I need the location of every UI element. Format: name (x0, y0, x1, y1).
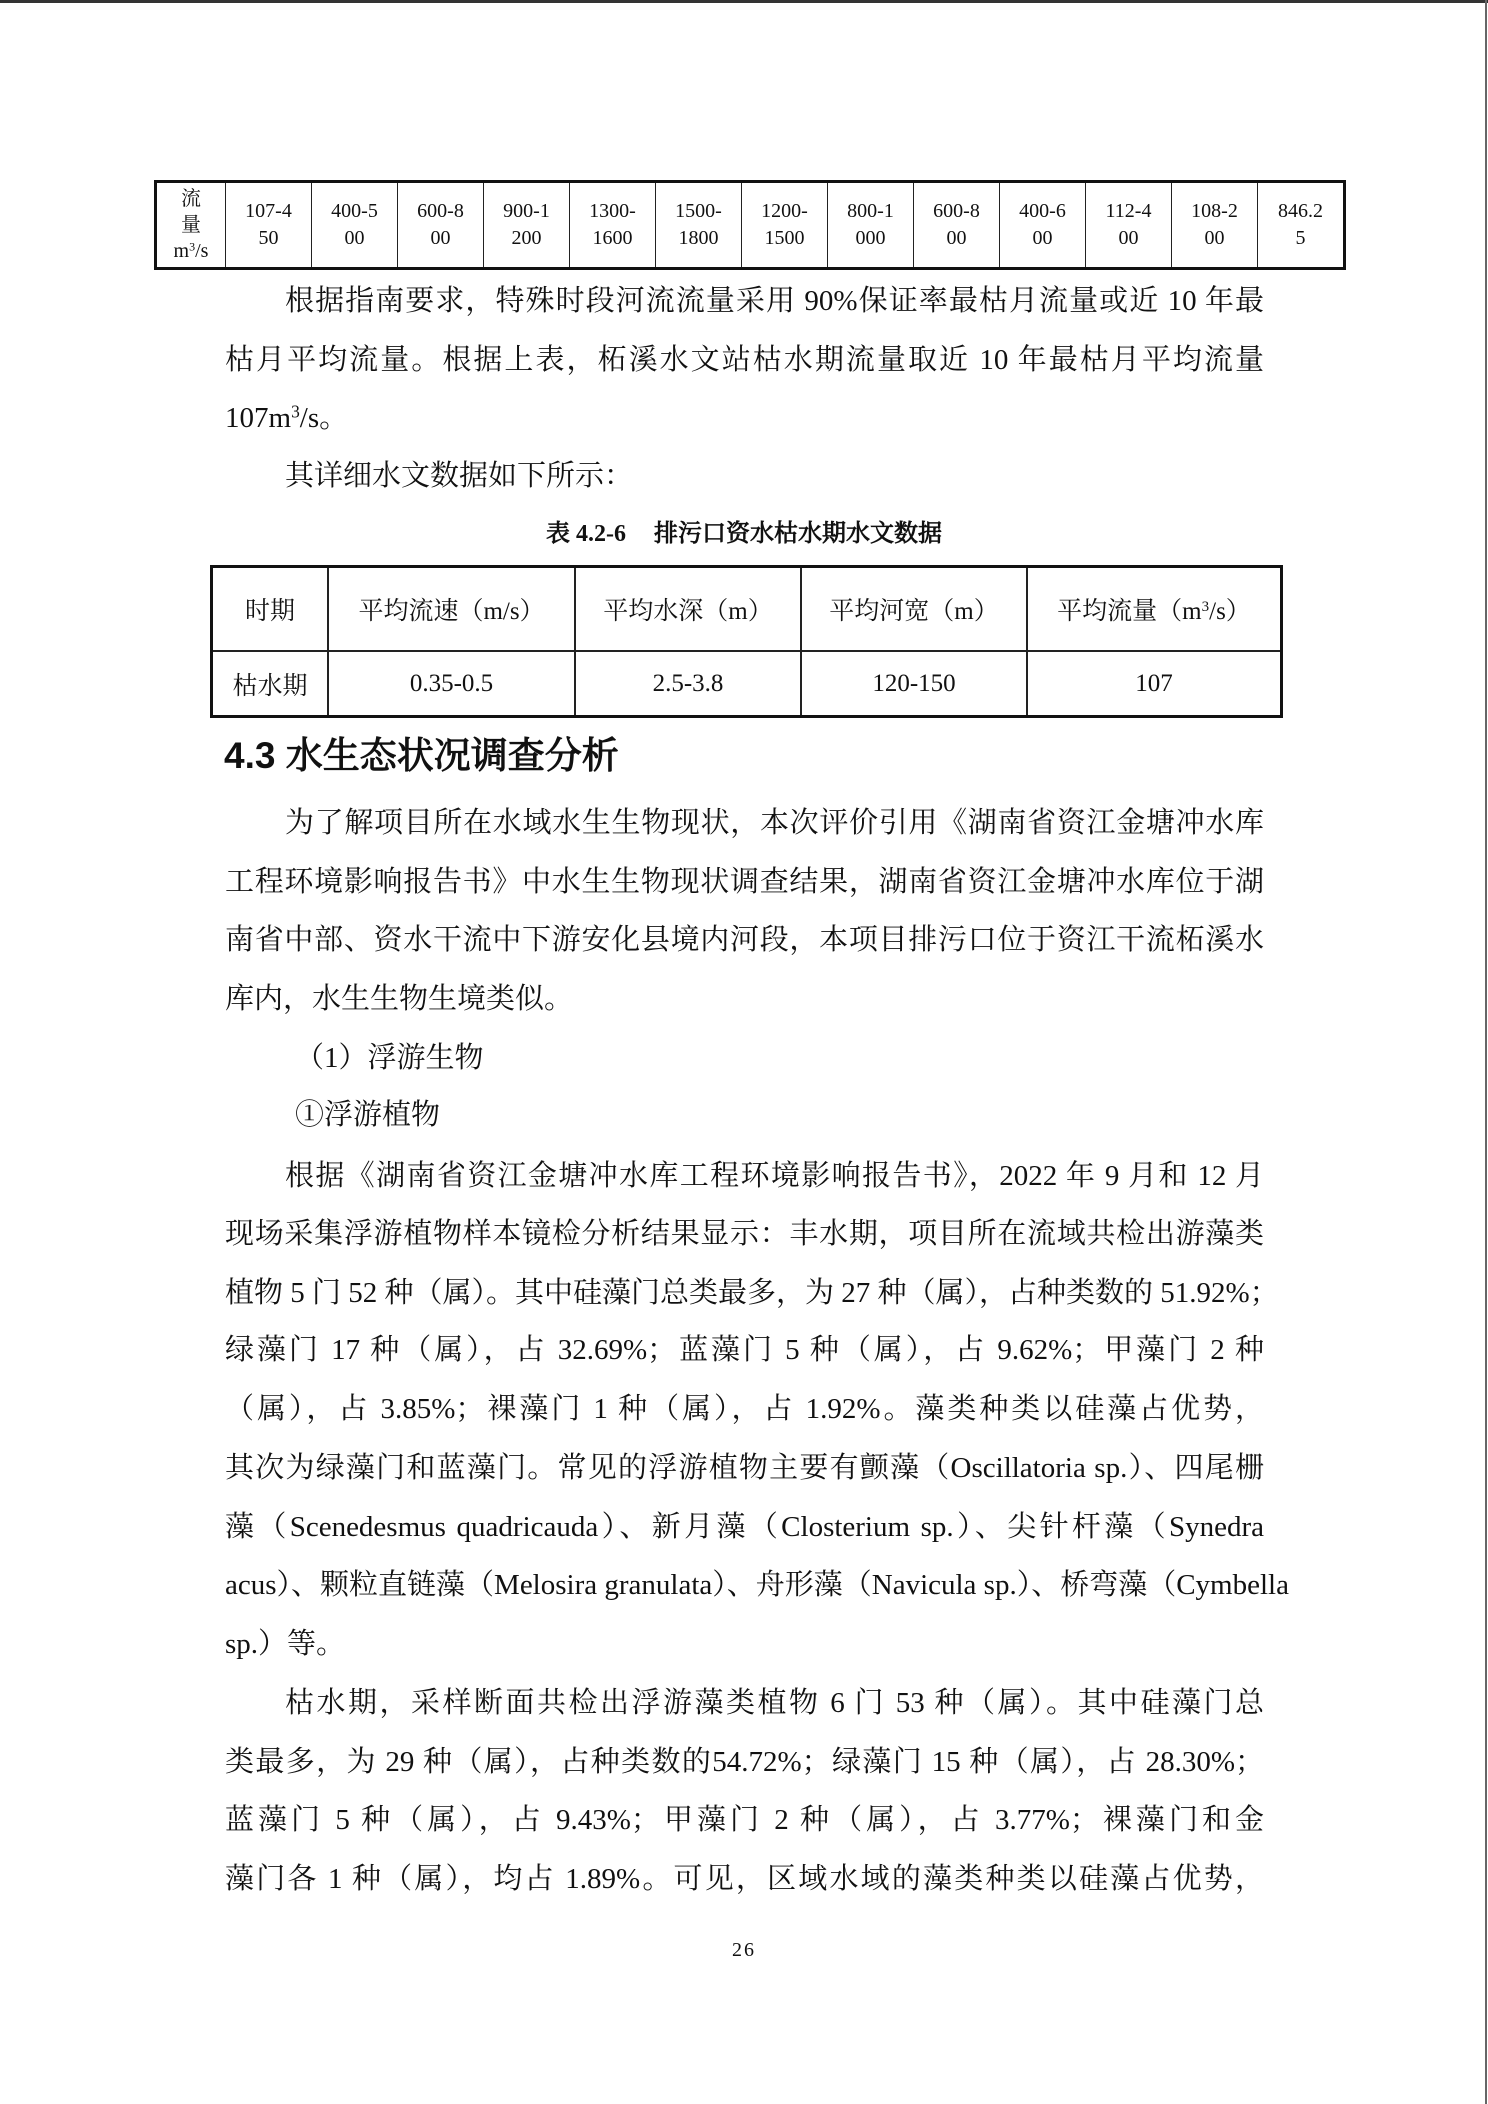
paragraph-line: 工程环境影响报告书》中水生生物现状调查结果，湖南省资江金塘冲水库位于湖 (225, 862, 1264, 902)
paragraph-line: 绿藻门 17 种（属），占 32.69%；蓝藻门 5 种（属），占 9.62%；… (225, 1330, 1264, 1370)
table-cell: 2.5-3.8 (575, 651, 801, 717)
paragraph-line: 库内，水生生物生境类似。 (225, 979, 1264, 1019)
paragraph-line: 植物 5 门 52 种（属）。其中硅藻门总类最多，为 27 种（属），占种类数的… (225, 1273, 1264, 1313)
subheading-phytoplankton: ①浮游植物 (295, 1095, 440, 1135)
flow-cell: 1500-1800 (656, 182, 742, 269)
paragraph-line: 蓝藻门 5 种（属），占 9.43%；甲藻门 2 种（属），占 3.77%；裸藻… (225, 1800, 1264, 1840)
table-header-cell: 平均河宽（m） (801, 567, 1027, 652)
page-right-border (1485, 0, 1487, 2104)
paragraph-line: 南省中部、资水干流中下游安化县境内河段，本项目排污口位于资江干流柘溪水 (225, 920, 1264, 960)
paragraph-line: 根据指南要求，特殊时段河流流量采用 90%保证率最枯月流量或近 10 年最 (285, 281, 1264, 321)
hydrology-table: 时期 平均流速（m/s） 平均水深（m） 平均河宽（m） 平均流量（m3/s） … (210, 565, 1283, 718)
paragraph-line: 枯月平均流量。根据上表，柘溪水文站枯水期流量取近 10 年最枯月平均流量 (225, 340, 1264, 380)
flow-cell: 107-450 (226, 182, 312, 269)
label-unit: m3/s (174, 240, 209, 262)
table-row: 流 量 m3/s 107-450 400-500 600-800 900-120… (156, 182, 1345, 269)
paragraph-line: 为了解项目所在水域水生生物现状，本次评价引用《湖南省资江金塘冲水库 (285, 803, 1264, 843)
paragraph-line: sp.）等。 (225, 1624, 1264, 1664)
flow-cell: 846.25 (1258, 182, 1345, 269)
flow-cell: 1200-1500 (742, 182, 828, 269)
table-header-cell: 平均水深（m） (575, 567, 801, 652)
lead-in-text: 其详细水文数据如下所示： (285, 456, 1264, 496)
table-cell: 0.35-0.5 (328, 651, 575, 717)
table-cell: 107 (1027, 651, 1282, 717)
flow-cell: 112-400 (1086, 182, 1172, 269)
flow-rate-table: 流 量 m3/s 107-450 400-500 600-800 900-120… (154, 180, 1346, 270)
table-caption: 表 4.2-6排污口资水枯水期水文数据 (0, 516, 1488, 552)
flow-cell: 108-200 (1172, 182, 1258, 269)
table-number: 表 4.2-6 (546, 521, 626, 547)
paragraph-line: 根据《湖南省资江金塘冲水库工程环境影响报告书》，2022 年 9 月和 12 月 (285, 1156, 1264, 1196)
table-title: 排污口资水枯水期水文数据 (654, 521, 942, 547)
paragraph-line: （属），占 3.85%；裸藻门 1 种（属），占 1.92%。藻类种类以硅藻占优… (225, 1389, 1264, 1429)
table-header-cell: 平均流速（m/s） (328, 567, 575, 652)
table-cell: 120-150 (801, 651, 1027, 717)
paragraph-line: 类最多，为 29 种（属），占种类数的54.72%；绿藻门 15 种（属），占 … (225, 1742, 1264, 1782)
flow-cell: 400-500 (312, 182, 398, 269)
flow-cell: 600-800 (398, 182, 484, 269)
table-header-cell: 时期 (212, 567, 329, 652)
paragraph-line: 枯水期，采样断面共检出浮游藻类植物 6 门 53 种（属）。其中硅藻门总 (285, 1683, 1264, 1723)
paragraph-line: acus）、颗粒直链藻（Melosira granulata）、舟形藻（Navi… (225, 1565, 1264, 1605)
table-header-row: 时期 平均流速（m/s） 平均水深（m） 平均河宽（m） 平均流量（m3/s） (212, 567, 1282, 652)
label-line: 量 (181, 214, 201, 236)
label-line: 流 (181, 188, 201, 210)
table-cell: 枯水期 (212, 651, 329, 717)
flow-label-cell: 流 量 m3/s (156, 182, 226, 269)
paragraph-line: 现场采集浮游植物样本镜检分析结果显示：丰水期，项目所在流域共检出游藻类 (225, 1214, 1264, 1254)
flow-cell: 900-1200 (484, 182, 570, 269)
paragraph-line: 藻门各 1 种（属），均占 1.89%。可见，区域水域的藻类种类以硅藻占优势， (225, 1859, 1264, 1899)
table-header-cell: 平均流量（m3/s） (1027, 567, 1282, 652)
flow-cell: 800-1000 (828, 182, 914, 269)
page-top-border (0, 0, 1488, 3)
section-heading: 4.3 水生态状况调查分析 (224, 734, 619, 778)
page-number: 26 (0, 1938, 1488, 1962)
flow-cell: 1300-1600 (570, 182, 656, 269)
flow-cell: 400-600 (1000, 182, 1086, 269)
paragraph-line: 藻（Scenedesmus quadricauda）、新月藻（Closteriu… (225, 1507, 1264, 1547)
subheading-plankton: （1）浮游生物 (295, 1038, 484, 1078)
flow-cell: 600-800 (914, 182, 1000, 269)
paragraph-line: 其次为绿藻门和蓝藻门。常见的浮游植物主要有颤藻（Oscillatoria sp.… (225, 1448, 1264, 1488)
table-row: 枯水期 0.35-0.5 2.5-3.8 120-150 107 (212, 651, 1282, 717)
paragraph-line: 107m3/s。 (225, 398, 1264, 438)
